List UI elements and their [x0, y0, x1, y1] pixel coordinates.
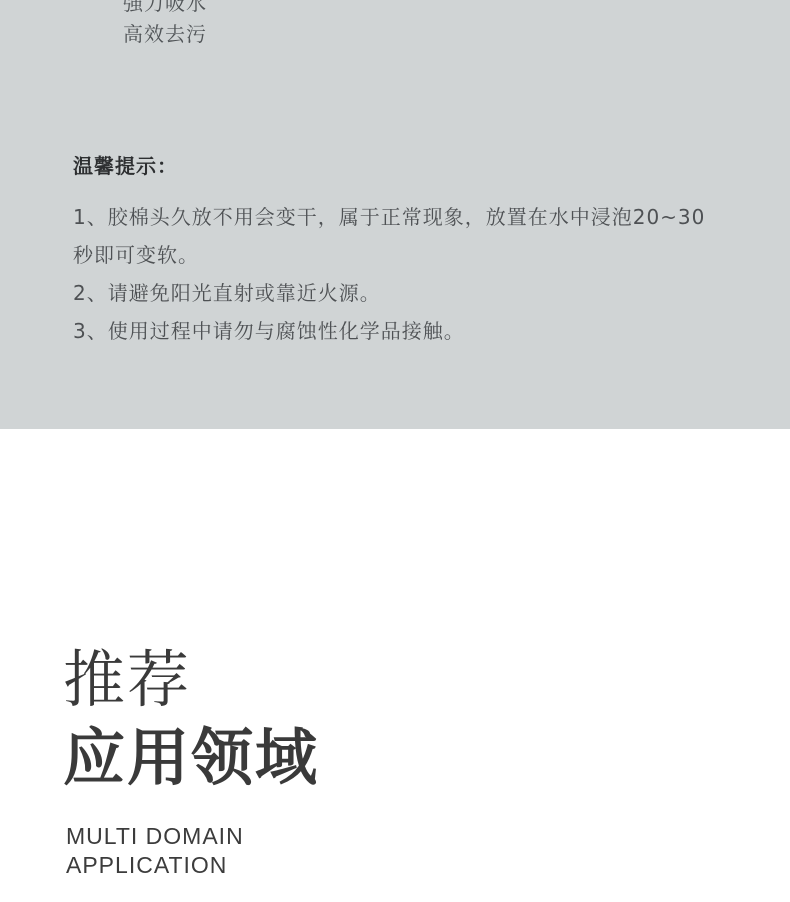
tips-title: 温馨提示：: [73, 150, 178, 179]
tips-list: 1、胶棉头久放不用会变干，属于正常现象，放置在水中浸泡20~30秒即可变软。 2…: [73, 198, 713, 350]
tip-item: 1、胶棉头久放不用会变干，属于正常现象，放置在水中浸泡20~30秒即可变软。: [73, 198, 713, 274]
section-heading-light: 推荐: [63, 644, 191, 716]
feature-list: 强力吸水 高效去污: [123, 0, 207, 50]
feature-item: 高效去污: [123, 19, 207, 50]
section-subtitle: MULTI DOMAIN APPLICATION: [66, 822, 244, 880]
tip-item: 3、使用过程中请勿与腐蚀性化学品接触。: [73, 312, 713, 350]
tip-item: 2、请避免阳光直射或靠近火源。: [73, 274, 713, 312]
section-heading-bold: 应用领域: [63, 722, 319, 794]
product-notes-panel: 强力吸水 高效去污 温馨提示： 1、胶棉头久放不用会变干，属于正常现象，放置在水…: [0, 0, 790, 429]
subtitle-line: APPLICATION: [66, 851, 244, 880]
feature-item: 强力吸水: [123, 0, 207, 19]
subtitle-line: MULTI DOMAIN: [66, 822, 244, 851]
